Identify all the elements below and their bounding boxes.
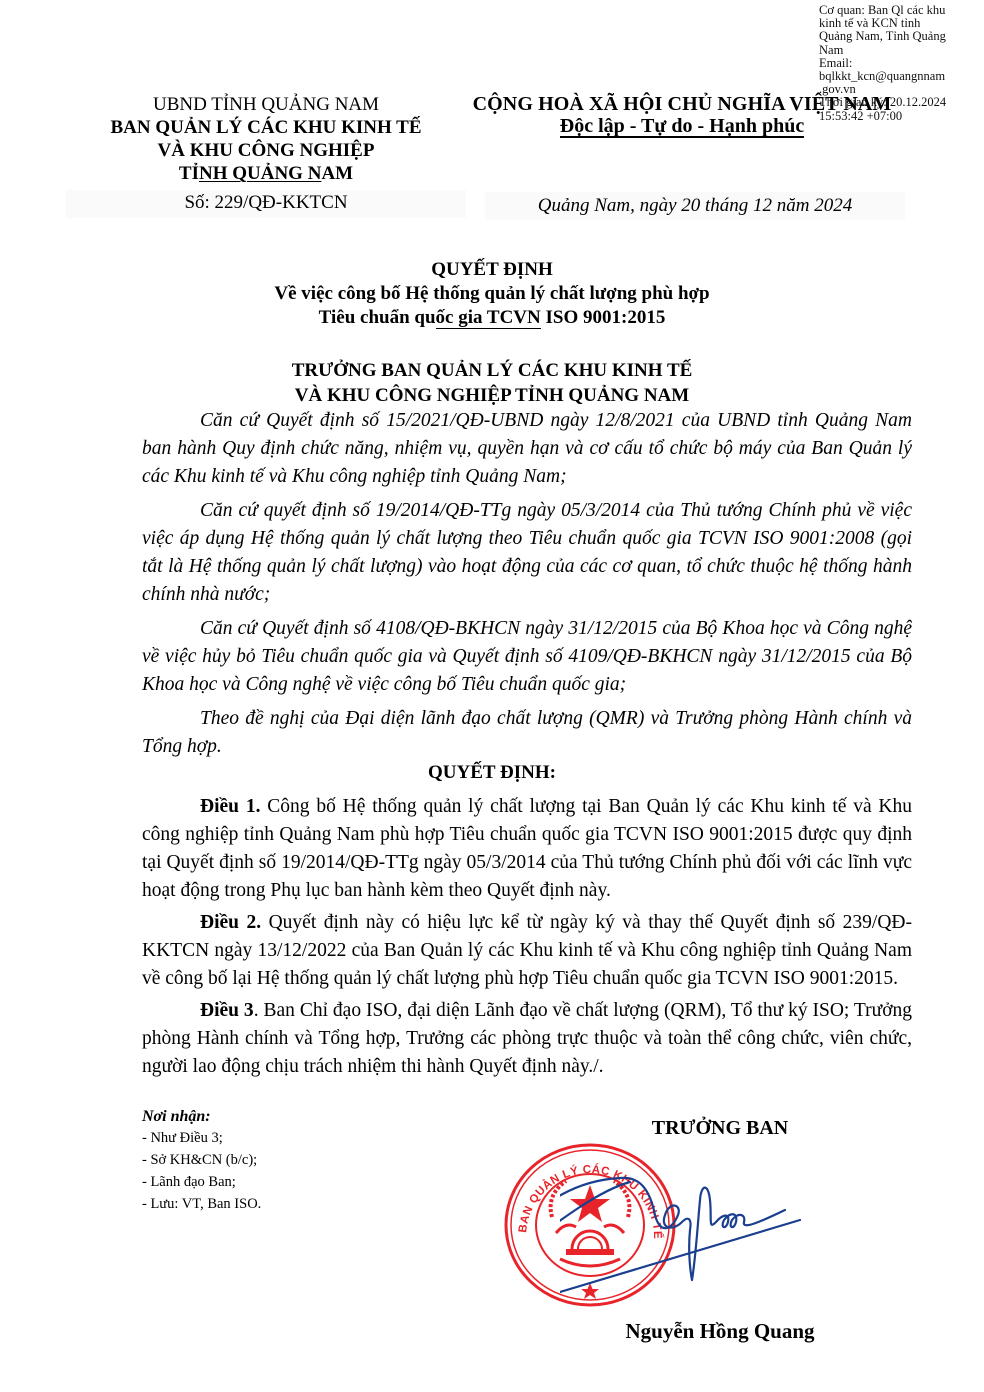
agency-name-underlined: NH QUẢNG N [199,163,321,184]
preamble-paragraph: Căn cứ quyết định số 19/2014/QĐ-TTg ngày… [142,497,912,609]
preamble-paragraph: Căn cứ Quyết định số 15/2021/QĐ-UBND ngà… [142,407,912,491]
agency-name-part: AM [321,163,353,184]
articles: Điều 1. Công bố Hệ thống quản lý chất lư… [142,793,912,1085]
document-title-block: QUYẾT ĐỊNH Về việc công bố Hệ thống quản… [100,258,884,330]
document-number: Số: 229/QĐ-KKTCN [66,190,466,218]
preamble: Căn cứ Quyết định số 15/2021/QĐ-UBND ngà… [142,407,912,767]
article-2: Điều 2. Quyết định này có hiệu lực kể từ… [142,909,912,993]
sig-time: Thời gian ký: 20.12.2024 [819,96,984,109]
article-label: Điều 3 [200,1000,254,1021]
recipients-heading: Nơi nhận: [142,1107,442,1127]
agency-name-line3: TỈNH QUẢNG NAM [66,162,466,185]
digital-signature-info: Cơ quan: Ban Ql các khu kinh tế và KCN t… [819,4,984,123]
subject-underlined: ốc gia TCVN [436,307,541,329]
signer-name: Nguyễn Hồng Quang [560,1318,880,1344]
agency-name-part: TỈ [179,163,199,184]
subject-part: ISO 9001:2015 [541,307,666,328]
article-1: Điều 1. Công bố Hệ thống quản lý chất lư… [142,793,912,905]
issuing-agency-header: UBND TỈNH QUẢNG NAM BAN QUẢN LÝ CÁC KHU … [66,93,466,185]
agency-name-line2: VÀ KHU CÔNG NGHIỆP [66,139,466,162]
issuer-line-2: VÀ KHU CÔNG NGHIỆP TỈNH QUẢNG NAM [100,383,884,408]
recipient-item: - Lưu: VT, Ban ISO. [142,1193,442,1215]
document-type: QUYẾT ĐỊNH [100,258,884,282]
sig-line: Quảng Nam, Tỉnh Quảng [819,30,984,43]
recipients-list: Nơi nhận: - Như Điều 3; - Sở KH&CN (b/c)… [142,1107,442,1215]
sig-line: Nam [819,44,984,57]
subject-part: Tiêu chuẩn qu [319,307,436,328]
decision-heading: QUYẾT ĐỊNH: [100,760,884,786]
article-3: Điều 3. Ban Chỉ đạo ISO, đại diện Lãnh đ… [142,997,912,1081]
recipient-item: - Lãnh đạo Ban; [142,1171,442,1193]
parent-agency: UBND TỈNH QUẢNG NAM [66,93,466,116]
article-label: Điều 2. [200,912,261,933]
issuer-line-1: TRƯỞNG BAN QUẢN LÝ CÁC KHU KINH TẾ [100,358,884,383]
recipient-item: - Như Điều 3; [142,1127,442,1149]
national-motto: Độc lập - Tự do - Hạnh phúc [560,116,804,138]
article-label: Điều 1. [200,796,260,817]
subject-line-1: Về việc công bố Hệ thống quản lý chất lư… [100,282,884,306]
sig-time-zone: 15:53:42 +07:00 [819,110,984,123]
place-date: Quảng Nam, ngày 20 tháng 12 năm 2024 [485,192,905,220]
preamble-paragraph: Căn cứ Quyết định số 4108/QĐ-BKHCN ngày … [142,615,912,699]
issuer-authority: TRƯỞNG BAN QUẢN LÝ CÁC KHU KINH TẾ VÀ KH… [100,358,884,408]
agency-name-line1: BAN QUẢN LÝ CÁC KHU KINH TẾ [66,116,466,139]
recipient-item: - Sở KH&CN (b/c); [142,1149,442,1171]
subject-line-2: Tiêu chuẩn quốc gia TCVN ISO 9001:2015 [100,306,884,330]
article-text: . Ban Chỉ đạo ISO, đại diện Lãnh đạo về … [142,1000,912,1077]
preamble-paragraph: Theo đề nghị của Đại diện lãnh đạo chất … [142,705,912,761]
handwritten-signature-icon [560,1160,860,1300]
